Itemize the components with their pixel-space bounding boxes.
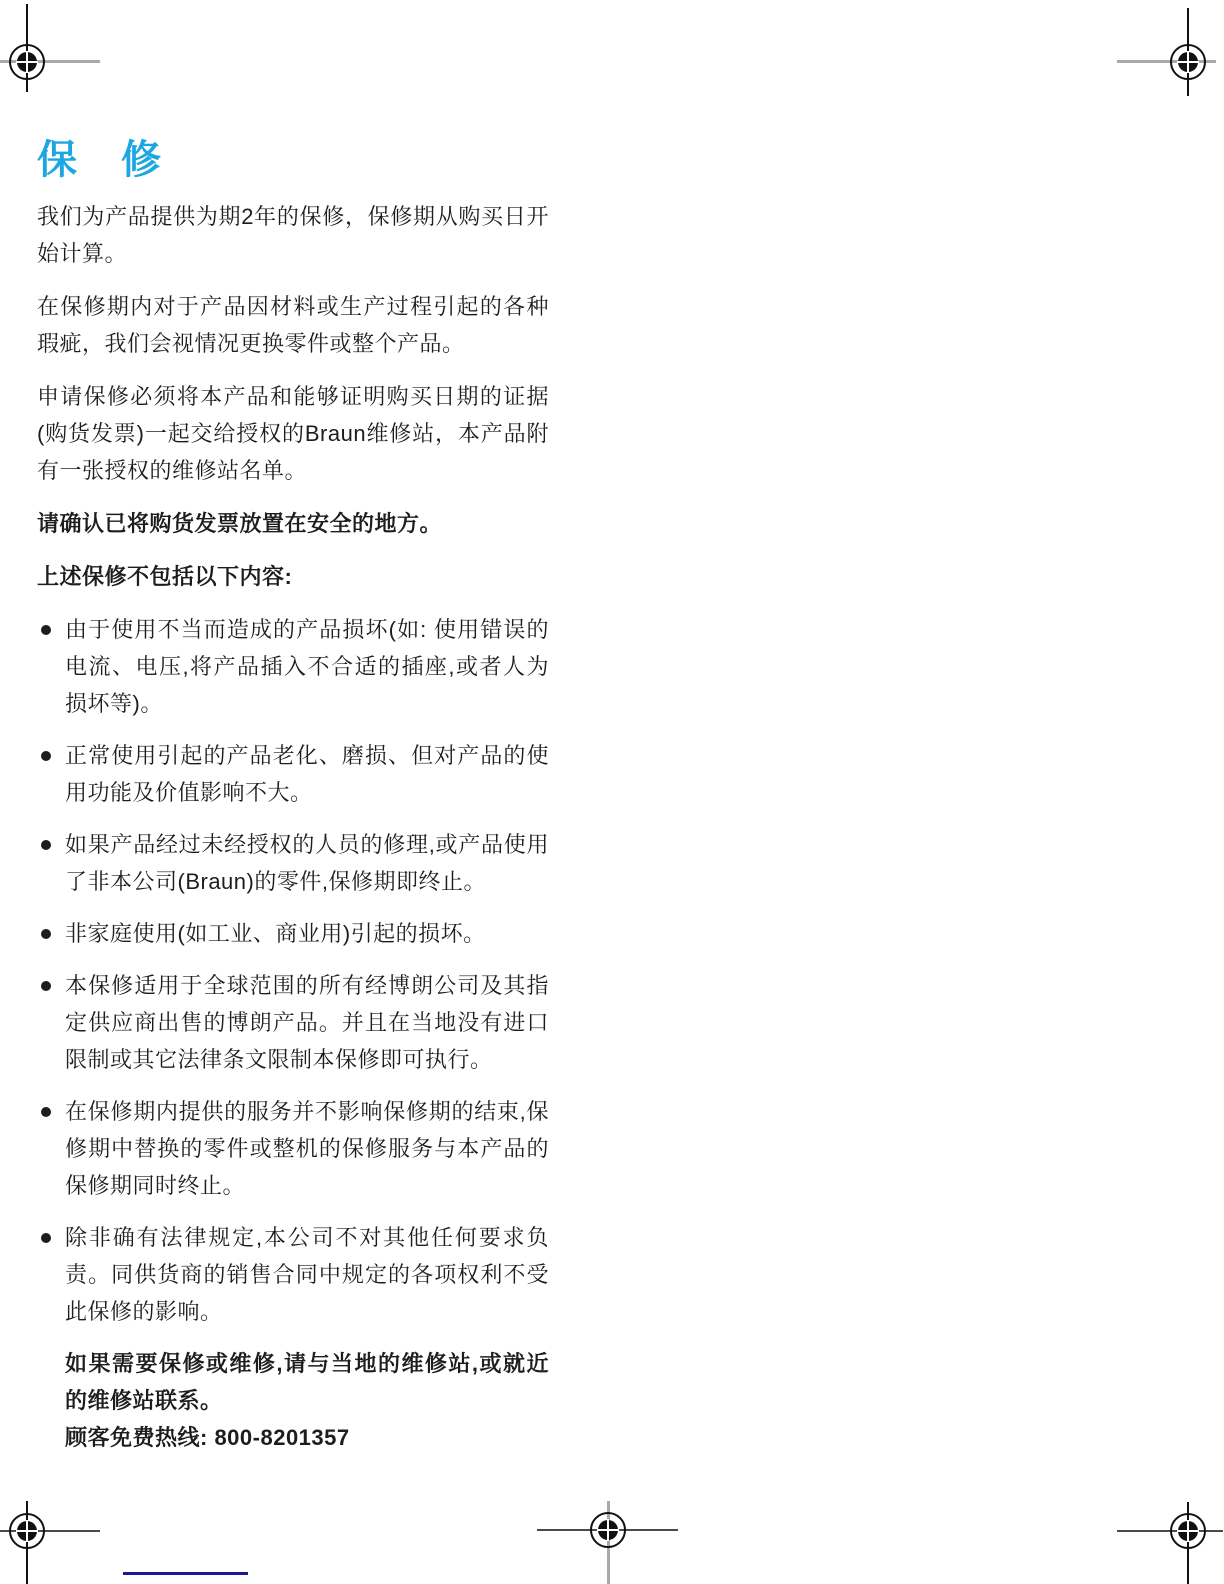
exclusion-item: 除非确有法律规定,本公司不对其他任何要求负责。同供货商的销售合同中规定的各项权利…: [37, 1219, 549, 1330]
exclusion-item: 如果产品经过未经授权的人员的修理,或产品使用了非本公司(Braun)的零件,保修…: [37, 826, 549, 900]
exclusion-item: 正常使用引起的产品老化、磨损、但对产品的使用功能及价值影响不大。: [37, 737, 549, 811]
registration-mark-icon: [590, 1512, 626, 1548]
hotline-line: 顾客免费热线: 800-8201357: [65, 1419, 549, 1456]
intro-paragraph: 在保修期内对于产品因材料或生产过程引起的各种瑕疵，我们会视情况更换零件或整个产品…: [37, 288, 549, 362]
exclusions-heading: 上述保修不包括以下内容:: [37, 558, 549, 595]
exclusion-item: 本保修适用于全球范围的所有经博朗公司及其指定供应商出售的博朗产品。并且在当地没有…: [37, 967, 549, 1078]
intro-paragraph: 我们为产品提供为期2年的保修，保修期从购买日开始计算。: [37, 198, 549, 272]
exclusions-list: 由于使用不当而造成的产品损坏(如: 使用错误的电流、电压,将产品插入不合适的插座…: [37, 611, 549, 1330]
service-note-block: 如果需要保修或维修,请与当地的维修站,或就近的维修站联系。 顾客免费热线: 80…: [65, 1345, 549, 1456]
registration-mark-icon: [9, 1513, 45, 1549]
intro-paragraph: 申请保修必须将本产品和能够证明购买日期的证据(购货发票)一起交给授权的Braun…: [37, 378, 549, 489]
registration-mark-icon: [1170, 1513, 1206, 1549]
exclusion-item: 非家庭使用(如工业、商业用)引起的损坏。: [37, 915, 549, 952]
registration-cross-horizontal: [597, 1529, 619, 1531]
page-title: 保 修: [37, 136, 549, 184]
registration-cross-horizontal: [1177, 1530, 1199, 1532]
registration-mark-icon: [9, 44, 45, 80]
registration-mark-icon: [1170, 44, 1206, 80]
exclusion-item: 在保修期内提供的服务并不影响保修期的结束,保修期中替换的零件或整机的保修服务与本…: [37, 1093, 549, 1204]
keep-invoice-note: 请确认已将购货发票放置在安全的地方。: [37, 505, 549, 542]
warranty-page: 保 修 我们为产品提供为期2年的保修，保修期从购买日开始计算。 在保修期内对于产…: [0, 0, 1224, 1584]
footer-blue-line: [123, 1572, 248, 1575]
registration-cross-horizontal: [16, 61, 38, 63]
warranty-content: 保 修 我们为产品提供为期2年的保修，保修期从购买日开始计算。 在保修期内对于产…: [37, 136, 549, 1456]
service-note: 如果需要保修或维修,请与当地的维修站,或就近的维修站联系。: [65, 1345, 549, 1419]
registration-cross-horizontal: [1177, 61, 1199, 63]
registration-cross-horizontal: [16, 1530, 38, 1532]
exclusion-item: 由于使用不当而造成的产品损坏(如: 使用错误的电流、电压,将产品插入不合适的插座…: [37, 611, 549, 722]
